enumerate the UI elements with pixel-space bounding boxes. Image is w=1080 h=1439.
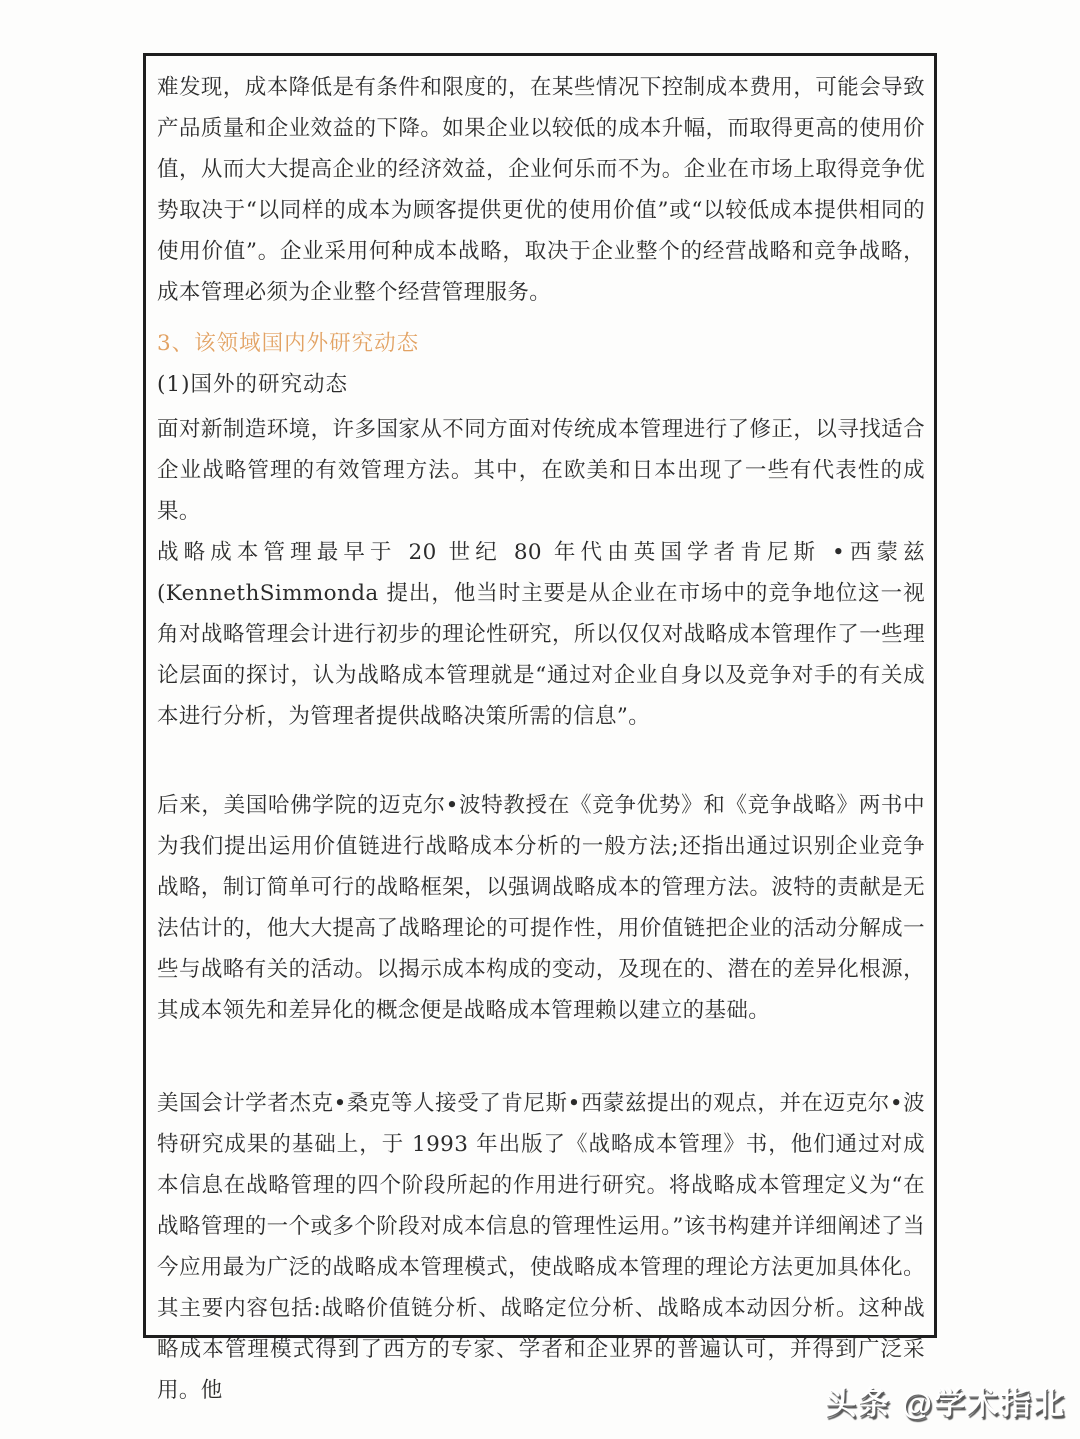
body-paragraph: 战略成本管理最早于 20 世纪 80 年代由英国学者肯尼斯 •西蒙兹(Kenne… (157, 532, 925, 737)
body-paragraph: 难发现，成本降低是有条件和限度的，在某些情况下控制成本费用，可能会导致产品质量和… (157, 67, 925, 313)
watermark-text: 头条 @学术指北 (825, 1378, 1066, 1423)
body-paragraph: 美国会计学者杰克•桑克等人接受了肯尼斯•西蒙兹提出的观点，并在迈克尔•波特研究成… (157, 1083, 925, 1411)
body-paragraph: 面对新制造环境，许多国家从不同方面对传统成本管理进行了修正，以寻找适合企业战略管… (157, 409, 925, 532)
body-paragraph: 后来，美国哈佛学院的迈克尔•波特教授在《竞争优势》和《竞争战略》两书中为我们提出… (157, 785, 925, 1031)
document-border-box: 难发现，成本降低是有条件和限度的，在某些情况下控制成本费用，可能会导致产品质量和… (143, 53, 937, 1338)
section-heading: 3、该领域国内外研究动态 (157, 323, 925, 364)
sub-heading: (1)国外的研究动态 (157, 364, 925, 405)
document-page: 难发现，成本降低是有条件和限度的，在某些情况下控制成本费用，可能会导致产品质量和… (0, 0, 1080, 1439)
